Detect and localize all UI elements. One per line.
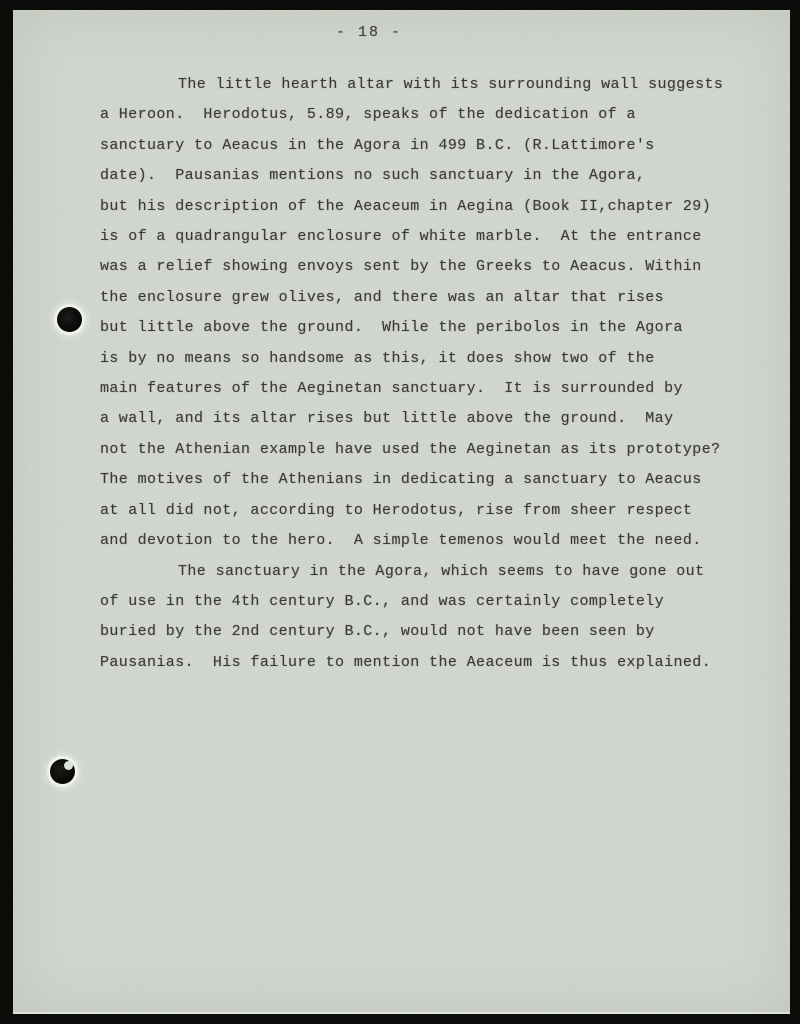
text-line: main features of the Aeginetan sanctuary… (100, 374, 760, 404)
text-line: but little above the ground. While the p… (100, 313, 760, 343)
text-line: a Heroon. Herodotus, 5.89, speaks of the… (100, 100, 760, 130)
text-line: The motives of the Athenians in dedicati… (100, 465, 760, 495)
hole-punch-notch (64, 761, 73, 770)
text-line: is of a quadrangular enclosure of white … (100, 222, 760, 252)
hole-punch-top (57, 307, 82, 332)
text-line: The sanctuary in the Agora, which seems … (100, 557, 760, 587)
paragraph: The little hearth altar with its surroun… (100, 70, 760, 557)
text-line: not the Athenian example have used the A… (100, 435, 760, 465)
text-line: buried by the 2nd century B.C., would no… (100, 617, 760, 647)
text-line: date). Pausanias mentions no such sanctu… (100, 161, 760, 191)
document-page: - 18 - The little hearth altar with its … (13, 10, 790, 1014)
text-line: but his description of the Aeaceum in Ae… (100, 192, 760, 222)
page-number: - 18 - (13, 24, 725, 41)
text-line: a wall, and its altar rises but little a… (100, 404, 760, 434)
hole-punch-bottom (50, 759, 75, 784)
scan-background: { "document": { "page_number": "- 18 -",… (0, 0, 800, 1024)
text-line: is by no means so handsome as this, it d… (100, 344, 760, 374)
text-body: The little hearth altar with its surroun… (100, 70, 760, 678)
text-line: of use in the 4th century B.C., and was … (100, 587, 760, 617)
text-line: and devotion to the hero. A simple temen… (100, 526, 760, 556)
text-line: the enclosure grew olives, and there was… (100, 283, 760, 313)
paragraph: The sanctuary in the Agora, which seems … (100, 557, 760, 679)
text-line: The little hearth altar with its surroun… (100, 70, 760, 100)
text-line: sanctuary to Aeacus in the Agora in 499 … (100, 131, 760, 161)
text-line: at all did not, according to Herodotus, … (100, 496, 760, 526)
text-line: Pausanias. His failure to mention the Ae… (100, 648, 760, 678)
text-line: was a relief showing envoys sent by the … (100, 252, 760, 282)
